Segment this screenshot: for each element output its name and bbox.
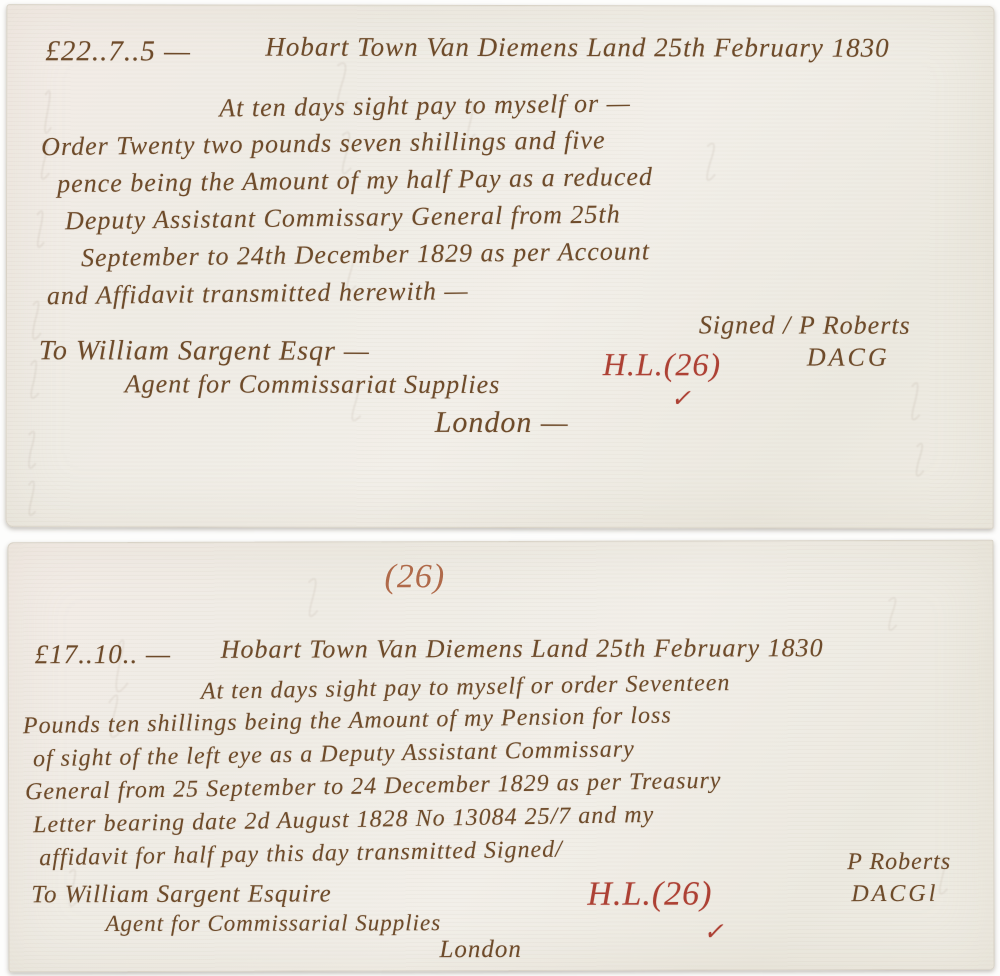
doc2-red-ledger-mark: H.L.(26): [587, 875, 712, 913]
doc2-folio-number: (26): [384, 558, 445, 596]
doc2-amount: £17..10.. —: [35, 639, 171, 670]
doc2-red-check-mark: ✓: [703, 917, 724, 946]
doc1-body-line: Order Twenty two pounds seven shillings …: [41, 125, 606, 162]
doc2-body: At ten days sight pay to myself or order…: [8, 541, 992, 544]
doc2-signature-title: DACGl: [851, 881, 938, 908]
doc2-city: London: [439, 936, 521, 964]
doc2-body-line: of sight of the left eye as a Deputy Ass…: [33, 736, 635, 773]
doc1-body-line: Deputy Assistant Commissary General from…: [65, 199, 621, 236]
doc2-body-line: Pounds ten shillings being the Amount of…: [23, 702, 672, 740]
doc1-red-ledger-mark: H.L.(26): [603, 346, 721, 383]
doc2-place-date: Hobart Town Van Diemens Land 25th Februa…: [221, 633, 824, 665]
doc1-body-line: At ten days sight pay to myself or —: [219, 88, 631, 123]
doc1-city: London —: [435, 406, 569, 440]
doc1-body: At ten days sight pay to myself or — Ord…: [7, 5, 993, 7]
doc2-body-line: General from 25 September to 24 December…: [25, 768, 722, 807]
doc1-signature: Signed / P Roberts: [699, 310, 911, 340]
doc1-amount: £22..7..5 —: [45, 35, 191, 68]
doc1-signature-title: DACG: [807, 343, 890, 373]
doc1-body-line: September to 24th December 1829 as per A…: [81, 236, 650, 273]
bill-of-exchange-1: £22..7..5 — Hobart Town Van Diemens Land…: [6, 4, 995, 529]
doc1-place-date: Hobart Town Van Diemens Land 25th Februa…: [265, 32, 889, 64]
doc1-body-line: and Affidavit transmitted herewith —: [47, 276, 469, 311]
doc2-body-line: At ten days sight pay to myself or order…: [201, 670, 731, 706]
doc1-addressee: To William Sargent Esqr —: [39, 335, 370, 368]
doc2-agent-line: Agent for Commissarial Supplies: [105, 910, 441, 937]
document-scan: £22..7..5 — Hobart Town Van Diemens Land…: [0, 0, 1000, 976]
doc1-red-check-mark: ✓: [671, 384, 692, 413]
bill-of-exchange-2: (26) £17..10.. — Hobart Town Van Diemens…: [7, 540, 994, 973]
doc1-body-line: pence being the Amount of my half Pay as…: [57, 162, 653, 199]
doc2-body-line: Letter bearing date 2d August 1828 No 13…: [33, 802, 655, 839]
doc2-signature: P Roberts: [847, 849, 951, 876]
doc2-body-line: affidavit for half pay this day transmit…: [39, 837, 563, 873]
doc1-agent-line: Agent for Commissariat Supplies: [125, 369, 501, 400]
doc2-addressee: To William Sargent Esquire: [31, 880, 331, 909]
